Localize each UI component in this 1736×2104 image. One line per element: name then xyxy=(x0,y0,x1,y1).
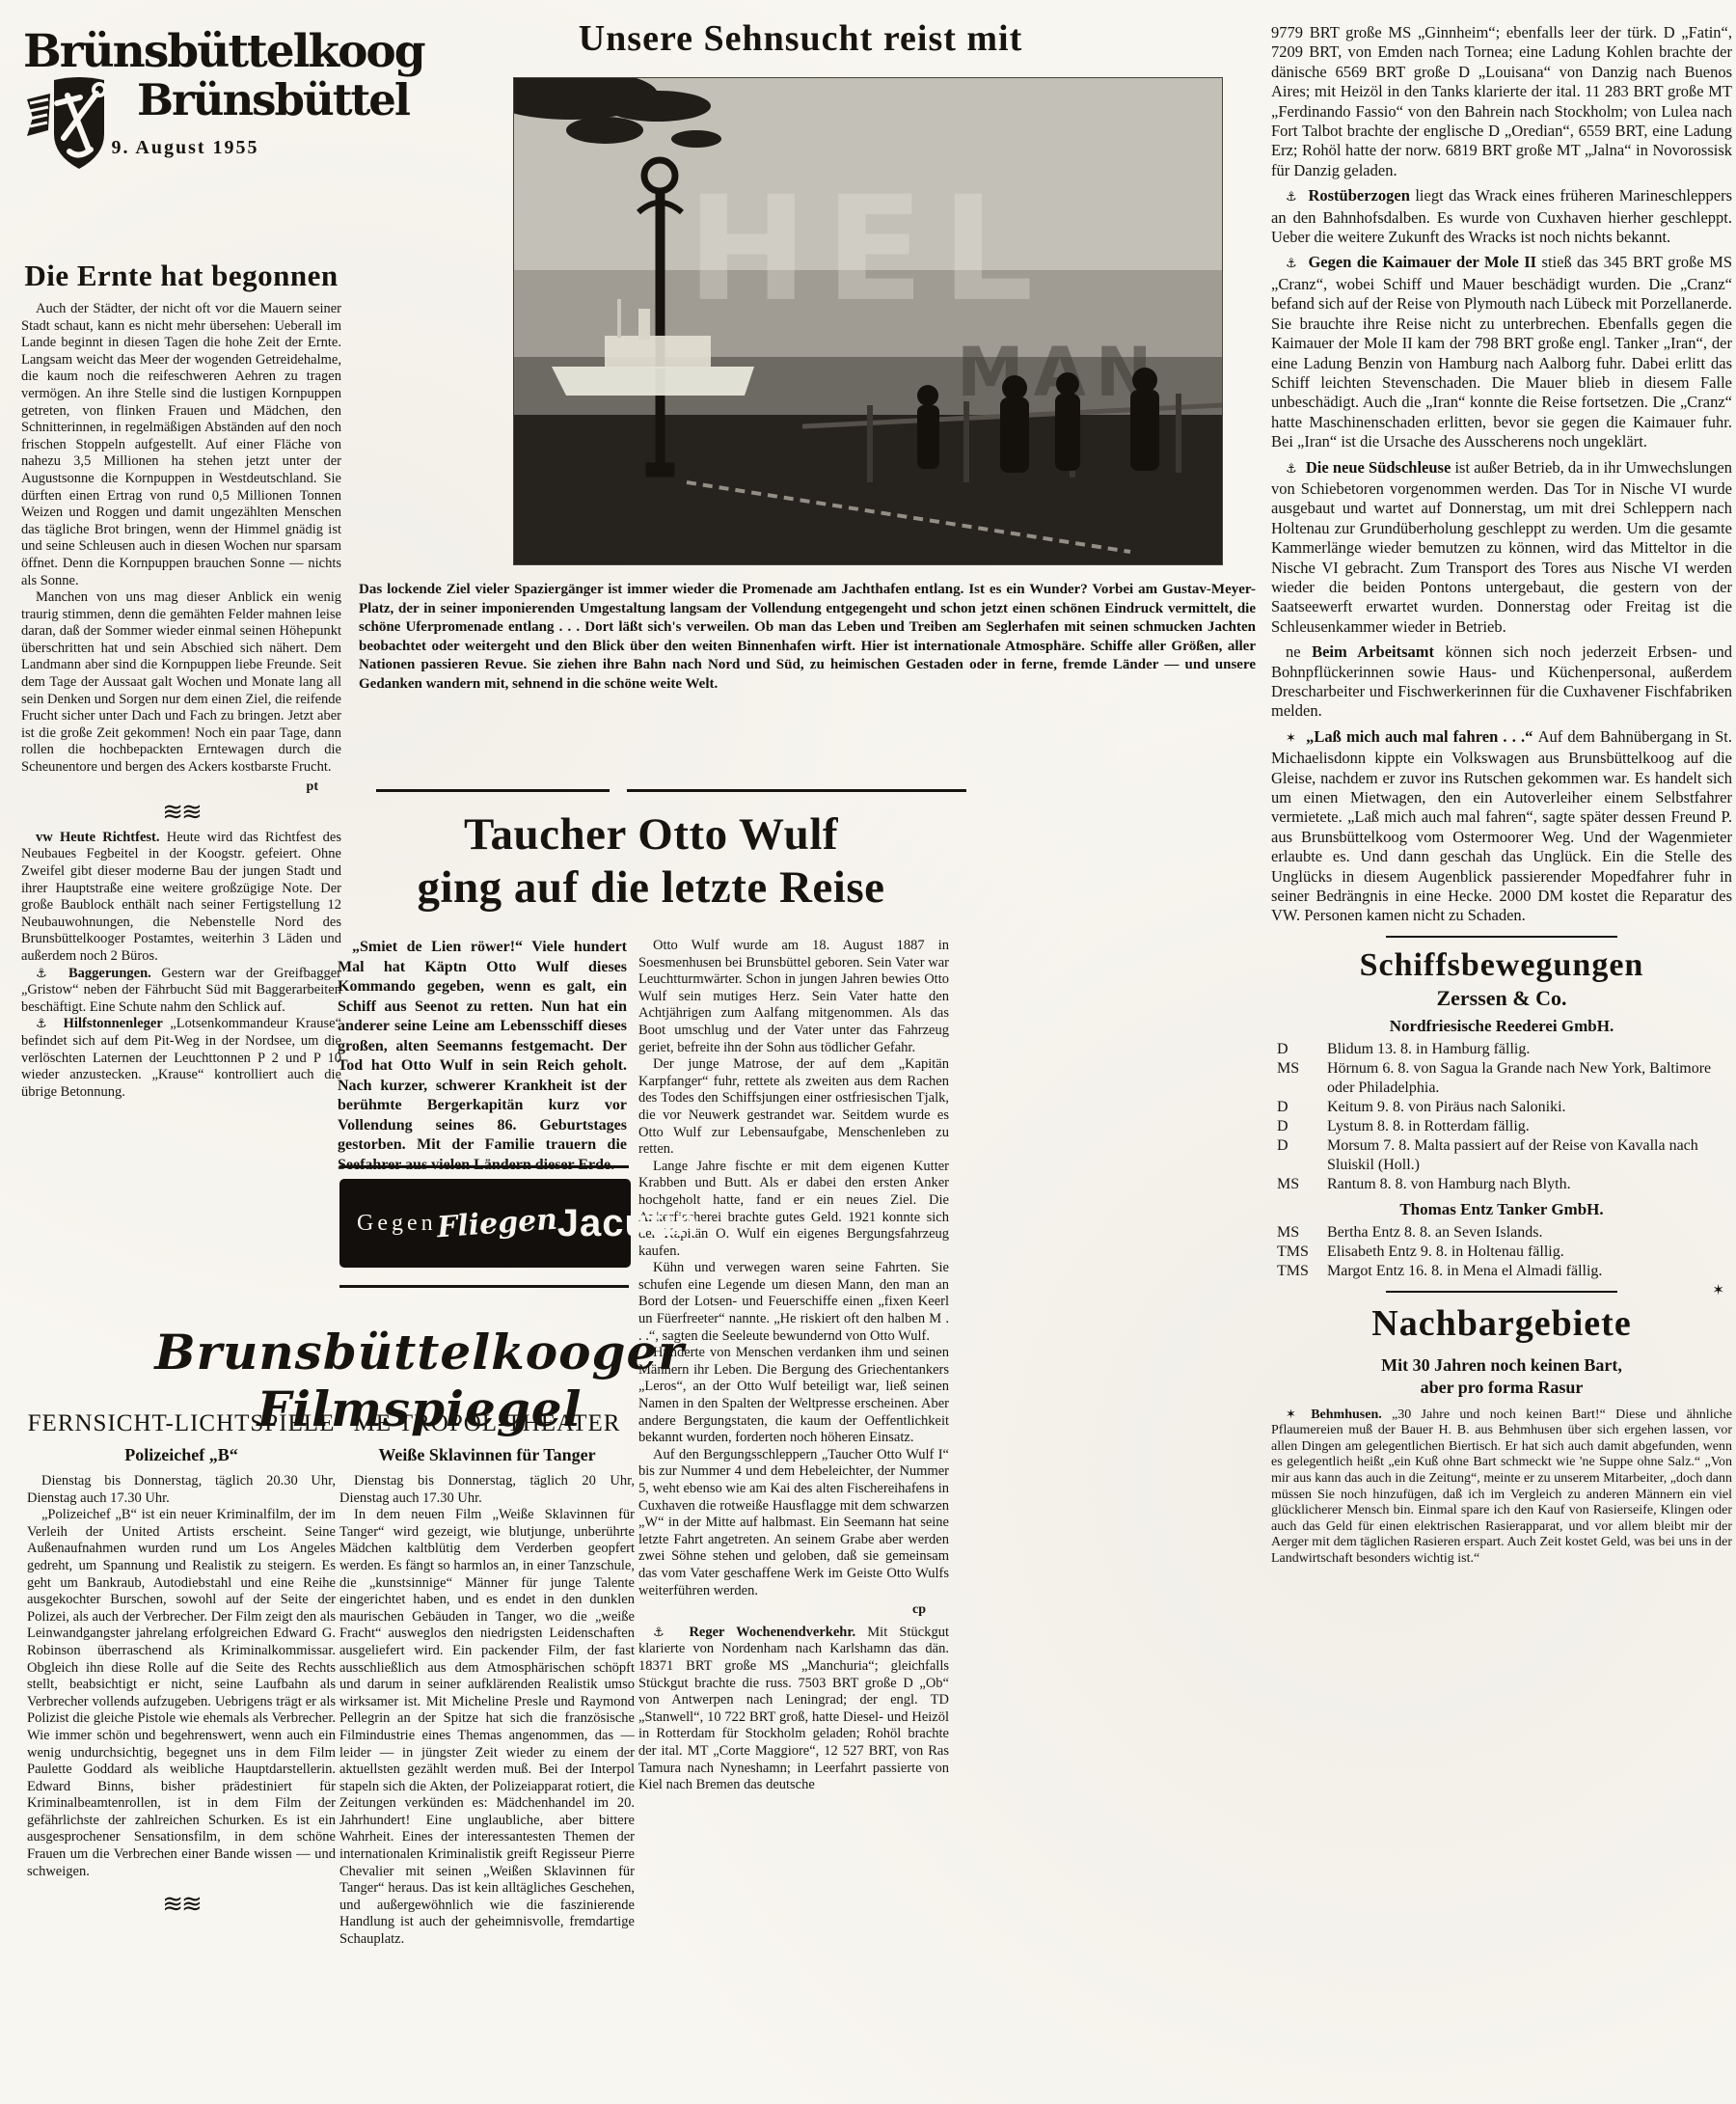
fernsicht-column: FERNSICHT-LICHTSPIELE Polizeichef „B“ Di… xyxy=(27,1410,336,1926)
otto-paragraph: Der junge Matrose, der auf dem „Kapitän … xyxy=(638,1056,949,1159)
brief-lead: Beim Arbeitsamt xyxy=(1312,642,1445,661)
wavy-separator-icon: ≋≋ xyxy=(27,1890,336,1919)
fernsicht-times: Dienstag bis Donnerstag, täglich 20.30 U… xyxy=(27,1473,336,1507)
brief-lead: Gegen die Kaimauer der Mole II xyxy=(1308,253,1541,271)
shipping-agent: Zerssen & Co. xyxy=(1271,986,1732,1011)
ad-word-jacutin: Jacutin xyxy=(557,1202,699,1245)
ship-prefix: D xyxy=(1271,1098,1327,1117)
section-rule xyxy=(1386,1291,1617,1293)
ship-prefix: D xyxy=(1271,1117,1327,1136)
brief-lead: Reger Wochenendverkehr. xyxy=(689,1625,867,1640)
anchor-icon: ⚓ xyxy=(36,967,54,981)
nachbargebiete-section: Nachbargebiete Mit 30 Jahren noch keinen… xyxy=(1271,1302,1732,1568)
anchor-icon: ⚓ xyxy=(1286,190,1298,205)
ship-text: Elisabeth Entz 9. 8. in Holtenau fällig. xyxy=(1327,1243,1732,1262)
brief-kaimauer: ⚓ Gegen die Kaimauer der Mole II stieß d… xyxy=(1271,253,1732,451)
ad-rule-top xyxy=(339,1165,629,1168)
coat-of-arms-icon xyxy=(25,74,133,173)
star-icon: ✶ xyxy=(1286,1407,1296,1422)
metropol-times: Dienstag bis Donnerstag, täglich 20 Uhr,… xyxy=(339,1473,635,1507)
ship-text: Keitum 9. 8. von Piräus nach Saloniki. xyxy=(1327,1098,1732,1117)
shipping-row: D Keitum 9. 8. von Piräus nach Saloniki. xyxy=(1271,1098,1732,1117)
brief-text: Auf dem Bahnübergang in St. Michaelisdon… xyxy=(1271,727,1732,925)
brief-lead: vw Heute Richtfest. xyxy=(36,830,167,845)
harbor-photo: HEL MAN xyxy=(513,77,1223,565)
masthead: Brünsbüttelkoog xyxy=(23,29,347,159)
ship-prefix: TMS xyxy=(1271,1243,1327,1262)
brief-lead: Rostüberzogen xyxy=(1308,186,1415,205)
brief-lass-mich-fahren: ✶ „Laß mich auch mal fahren . . .“ Auf d… xyxy=(1271,727,1732,926)
ship-prefix: D xyxy=(1271,1040,1327,1059)
shipping-group-name: Thomas Entz Tanker GmbH. xyxy=(1271,1200,1732,1219)
metropol-cinema-name: ME TROPOL-THEATER xyxy=(339,1410,635,1437)
otto-intro: „Smiet de Lien röwer!“ Viele hundert Mal… xyxy=(338,938,627,1175)
brief-text: ist außer Betrieb, da in ihr Umwechslung… xyxy=(1271,458,1732,636)
brief-richtfest: vw Heute Richtfest. Heute wird das Richt… xyxy=(21,830,341,966)
nachbar-subhead1: Mit 30 Jahren noch keinen Bart, xyxy=(1271,1354,1732,1377)
shipping-group-name: Nordfriesische Reederei GmbH. xyxy=(1271,1017,1732,1036)
ship-prefix: MS xyxy=(1271,1059,1327,1098)
anchor-icon: ⚓ xyxy=(1286,257,1298,271)
shipping-row: D Morsum 7. 8. Malta passiert auf der Re… xyxy=(1271,1136,1732,1175)
otto-intro-text: „Smiet de Lien röwer!“ Viele hundert Mal… xyxy=(338,938,627,1175)
shipping-row: TMS Margot Entz 16. 8. in Mena el Almadi… xyxy=(1271,1262,1732,1281)
otto-paragraph: Auf den Bergungsschleppern „Taucher Otto… xyxy=(638,1447,949,1599)
otto-headline: Taucher Otto Wulf ging auf die letzte Re… xyxy=(338,808,964,915)
section-rule xyxy=(1386,936,1617,938)
ad-word-fliegen: Fliegen xyxy=(436,1202,558,1244)
brief-suedschleuse: ⚓ Die neue Südschleuse ist außer Betrieb… xyxy=(1271,458,1732,638)
brief-lead: Die neue Südschleuse xyxy=(1306,458,1455,477)
shipping-row: TMS Elisabeth Entz 9. 8. in Holtenau fäl… xyxy=(1271,1243,1732,1262)
ship-text: Morsum 7. 8. Malta passiert auf der Reis… xyxy=(1327,1136,1732,1175)
anchor-icon: ⚓ xyxy=(1286,462,1297,477)
jacutin-ad: Gegen Fliegen Jacutin xyxy=(339,1179,631,1268)
brief-baggerungen: ⚓ Baggerungen. Gestern war der Greifbagg… xyxy=(21,966,341,1017)
shipping-section: Schiffsbewegungen Zerssen & Co. Nordfrie… xyxy=(1271,947,1732,1281)
svg-text:HEL: HEL xyxy=(687,166,1051,334)
brief-reger-wochenendverkehr: ⚓ Reger Wochenendverkehr. Mit Stückgut k… xyxy=(638,1625,949,1794)
brief-lead: Behmhusen. xyxy=(1311,1407,1392,1422)
metropol-review: In dem neuen Film „Weiße Sklavinnen für … xyxy=(339,1507,635,1948)
harbor-photo-art: HEL MAN xyxy=(513,77,1223,565)
ship-prefix: MS xyxy=(1271,1223,1327,1243)
anchor-icon: ⚓ xyxy=(653,1626,672,1640)
brief-hilfstonnenleger: ⚓ Hilfstonnenleger „Lotsenkommandeur Kra… xyxy=(21,1016,341,1101)
ernte-title: Die Ernte hat begonnen xyxy=(19,259,343,293)
brief-text: „30 Jahre und noch keinen Bart!“ Diese u… xyxy=(1271,1407,1732,1566)
ernte-byline: pt xyxy=(21,779,341,796)
brief-lead: „Laß mich auch mal fahren . . .“ xyxy=(1306,727,1538,746)
divider-rule xyxy=(376,789,610,792)
divider-rule xyxy=(627,789,966,792)
brief-prefix: ne xyxy=(1286,642,1312,661)
star-icon: ✶ xyxy=(1286,731,1296,746)
brief-lead: Hilfstonnenleger xyxy=(64,1016,171,1031)
ernte-paragraph: Manchen von uns mag dieser Anblick ein w… xyxy=(21,589,341,777)
brief-behmhusen: ✶ Behmhusen. „30 Jahre und noch keinen B… xyxy=(1271,1407,1732,1568)
right-column: 9779 BRT große MS „Ginnheim“; ebenfalls … xyxy=(1271,23,1732,1568)
otto-paragraph: Otto Wulf wurde am 18. August 1887 in So… xyxy=(638,938,949,1056)
ship-prefix: D xyxy=(1271,1136,1327,1175)
brief-text: Mit Stückgut klarierte von Nordenham nac… xyxy=(638,1625,949,1792)
ad-word-gegen: Gegen xyxy=(357,1211,437,1237)
ship-text: Margot Entz 16. 8. in Mena el Almadi fäl… xyxy=(1327,1262,1732,1281)
right-brief-continuation: 9779 BRT große MS „Ginnheim“; ebenfalls … xyxy=(1271,23,1732,180)
otto-headline-line2: ging auf die letzte Reise xyxy=(338,861,964,915)
ship-text: Blidum 13. 8. in Hamburg fällig. xyxy=(1327,1040,1732,1059)
brief-lead: Baggerungen. xyxy=(68,966,161,981)
ship-text: Lystum 8. 8. in Rotterdam fällig. xyxy=(1327,1117,1732,1136)
sehnsucht-headline: Unsere Sehnsucht reist mit xyxy=(424,17,1177,60)
metropol-film-title: Weiße Sklavinnen für Tanger xyxy=(339,1445,635,1465)
shipping-headline: Schiffsbewegungen xyxy=(1271,947,1732,984)
shipping-row: MS Bertha Entz 8. 8. an Seven Islands. xyxy=(1271,1223,1732,1243)
nachbar-headline: Nachbargebiete xyxy=(1271,1302,1732,1345)
newspaper-page: Brünsbüttelkoog xyxy=(0,0,1736,2104)
otto-byline: cp xyxy=(638,1601,949,1619)
ad-rule-bottom xyxy=(339,1285,629,1288)
masthead-line1: Brünsbüttelkoog xyxy=(23,29,347,74)
shipping-row: MS Hörnum 6. 8. von Sagua la Grande nach… xyxy=(1271,1059,1732,1098)
ship-prefix: TMS xyxy=(1271,1262,1327,1281)
ernte-article: Auch der Städter, der nicht oft vor die … xyxy=(21,301,341,1101)
anchor-icon: ⚓ xyxy=(36,1017,51,1031)
ship-text: Rantum 8. 8. von Hamburg nach Blyth. xyxy=(1327,1175,1732,1194)
shipping-row: MS Rantum 8. 8. von Hamburg nach Blyth. xyxy=(1271,1175,1732,1194)
otto-headline-line1: Taucher Otto Wulf xyxy=(338,808,964,861)
ship-prefix: MS xyxy=(1271,1175,1327,1194)
brief-text: stieß das 345 BRT große MS „Cranz“, wobe… xyxy=(1271,253,1732,451)
ship-text: Hörnum 6. 8. von Sagua la Grande nach Ne… xyxy=(1327,1059,1732,1098)
wavy-separator-icon: ≋≋ xyxy=(21,805,341,822)
brief-rostueberzogen: ⚓ Rostüberzogen liegt das Wrack eines fr… xyxy=(1271,186,1732,247)
ship-text: Bertha Entz 8. 8. an Seven Islands. xyxy=(1327,1223,1732,1243)
masthead-line2: Brünsbüttel xyxy=(137,78,347,122)
fernsicht-review: „Polizeichef „B“ ist ein neuer Kriminalf… xyxy=(27,1507,336,1880)
fernsicht-film-title: Polizeichef „B“ xyxy=(27,1445,336,1465)
metropol-column: ME TROPOL-THEATER Weiße Sklavinnen für T… xyxy=(339,1410,635,1949)
nachbar-subhead2: aber pro forma Rasur xyxy=(1271,1377,1732,1399)
shipping-row: D Blidum 13. 8. in Hamburg fällig. xyxy=(1271,1040,1732,1059)
photo-caption: Das lockende Ziel vieler Spaziergänger i… xyxy=(359,581,1256,694)
fernsicht-cinema-name: FERNSICHT-LICHTSPIELE xyxy=(27,1410,336,1437)
brief-text: Heute wird das Richtfest des Neubaues Fe… xyxy=(21,830,341,964)
brief-arbeitsamt: ne Beim Arbeitsamt können sich noch jede… xyxy=(1271,642,1732,722)
shipping-row: D Lystum 8. 8. in Rotterdam fällig. xyxy=(1271,1117,1732,1136)
ernte-paragraph: Auch der Städter, der nicht oft vor die … xyxy=(21,301,341,589)
